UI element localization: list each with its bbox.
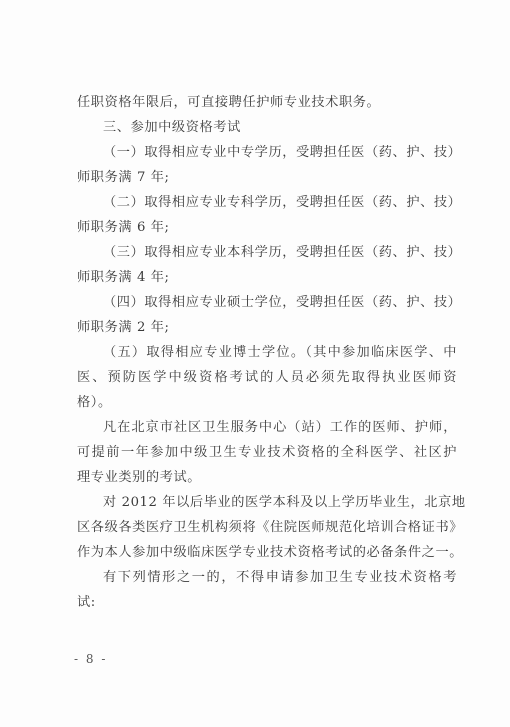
- text-line: 格）。: [77, 395, 457, 411]
- text-line: 医、预防医学中级资格考试的人员必须先取得执业医师资: [77, 370, 457, 386]
- text-line: （五）取得相应专业博士学位。（其中参加临床医学、中: [103, 345, 457, 361]
- text-line: （四）取得相应专业硕士学位，受聘担任医（药、护、技）: [103, 295, 457, 311]
- text-line: 作为本人参加中级临床医学专业技术资格考试的必备条件之一。: [77, 545, 457, 561]
- text-line: 对 2012 年以后毕业的医学本科及以上学历毕业生，北京地: [103, 495, 457, 511]
- text-line: （二）取得相应专业专科学历，受聘担任医（药、护、技）: [103, 195, 457, 211]
- text-line: 理专业类别的考试。: [77, 470, 457, 486]
- text-line: （三）取得相应专业本科学历，受聘担任医（药、护、技）: [103, 245, 457, 261]
- text-line: 师职务满 7 年;: [77, 170, 457, 186]
- text-line: 可提前一年参加中级卫生专业技术资格的全科医学、社区护: [77, 445, 457, 461]
- section-heading: 三、参加中级资格考试: [103, 120, 457, 136]
- text-line: （一）取得相应专业中专学历，受聘担任医（药、护、技）: [103, 145, 457, 161]
- text-line: 师职务满 6 年;: [77, 220, 457, 236]
- text-line: 任职资格年限后，可直接聘任护师专业技术职务。: [77, 95, 457, 111]
- document-page: 任职资格年限后，可直接聘任护师专业技术职务。三、参加中级资格考试（一）取得相应专…: [0, 0, 510, 727]
- text-line: 区各级各类医疗卫生机构须将《住院医师规范化培训合格证书》: [77, 520, 457, 536]
- text-line: 师职务满 2 年;: [77, 320, 457, 336]
- text-line: 试:: [77, 595, 457, 611]
- text-line: 有下列情形之一的，不得申请参加卫生专业技术资格考: [103, 570, 457, 586]
- text-line: 凡在北京市社区卫生服务中心（站）工作的医师、护师，: [103, 420, 457, 436]
- text-line: 师职务满 4 年;: [77, 270, 457, 286]
- page-number: - 8 -: [74, 652, 107, 666]
